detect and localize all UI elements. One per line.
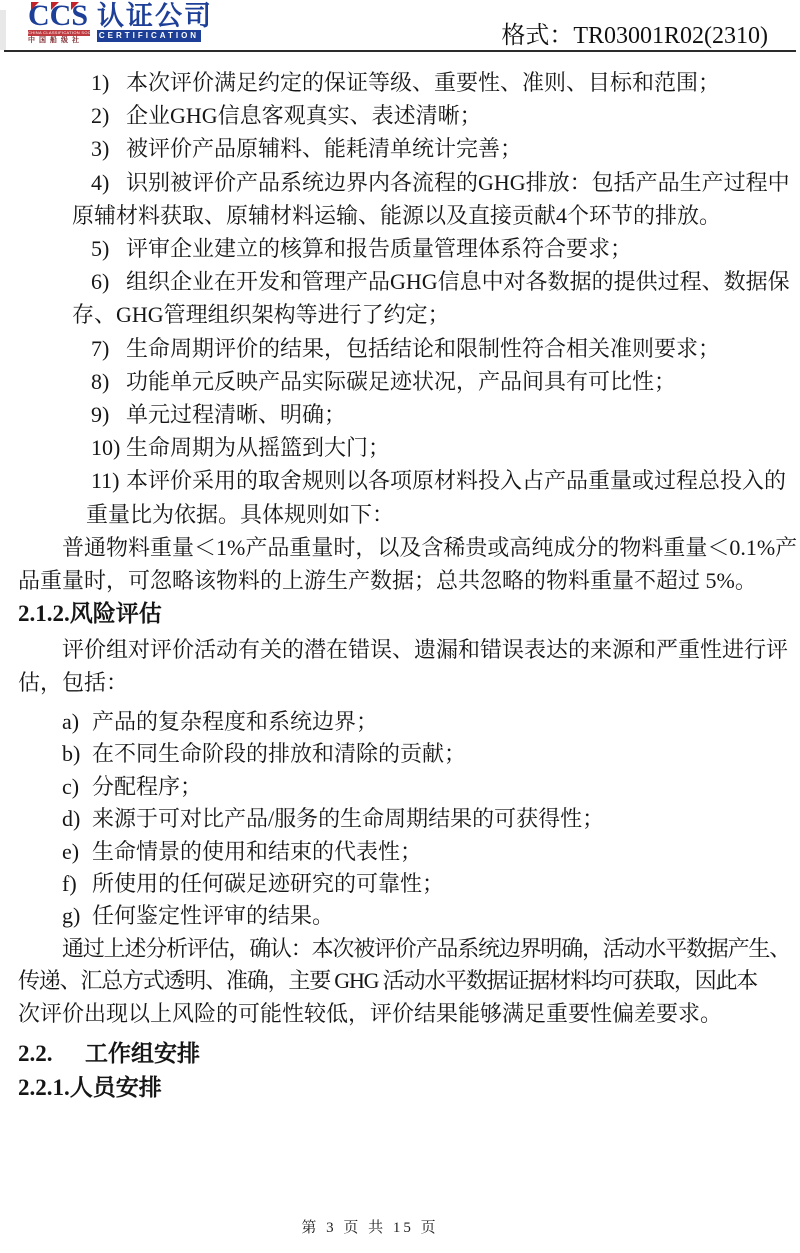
header-rule — [4, 50, 796, 52]
list-marker: a) — [62, 709, 92, 735]
list-marker: d) — [62, 806, 92, 832]
certification-bar: CERTIFICATION — [97, 30, 201, 42]
list-marker: 8) — [91, 369, 126, 395]
paragraph-line: 通过上述分析评估，确认：本次被评价产品系统边界明确，活动水平数据产生、 — [62, 936, 790, 962]
list-item-1: 1)本次评价满足约定的保证等级、重要性、准则、目标和范围； — [91, 70, 720, 96]
list-marker: 4) — [91, 170, 126, 196]
list-text: 原辅材料获取、原辅材料运输、能源以及直接贡献4个环节的排放。 — [72, 203, 721, 228]
list-marker: 6) — [91, 269, 126, 295]
list-text: 分配程序； — [92, 774, 202, 799]
heading-text: 2.1.2.风险评估 — [18, 601, 162, 626]
paragraph-text: 传递、汇总方式透明、准确，主要 GHG 活动水平数据证据材料均可获取，因此本 — [18, 968, 757, 993]
section-heading-2-2-1: 2.2.1.人员安排 — [18, 1075, 162, 1101]
list-marker: 2) — [91, 103, 126, 129]
paragraph-line: 估，包括： — [18, 670, 128, 696]
list-item-8: 8)功能单元反映产品实际碳足迹状况，产品间具有可比性； — [91, 369, 676, 395]
list-text: 评审企业建立的核算和报告质量管理体系符合要求； — [126, 236, 632, 261]
format-value: TR03001R02(2310) — [573, 23, 768, 49]
document-page: CCS CHINA CLASSIFICATION SOCIETY 中国船级社 认… — [0, 0, 800, 1253]
scan-edge-artifact — [0, 10, 6, 50]
list-item-b: b)在不同生命阶段的排放和清除的贡献； — [62, 741, 466, 767]
list-item-g: g)任何鉴定性评审的结果。 — [62, 903, 334, 929]
list-text: 本评价采用的取舍规则以各项原材料投入占产品重量或过程总投入的 — [126, 468, 786, 493]
page-number: 第 3 页 共 15 页 — [0, 1216, 740, 1237]
list-marker: 11) — [91, 468, 126, 494]
list-text: 存、GHG管理组织架构等进行了约定； — [72, 302, 450, 327]
list-marker: 9) — [91, 402, 126, 428]
list-item-5: 5)评审企业建立的核算和报告质量管理体系符合要求； — [91, 236, 632, 262]
list-marker: 7) — [91, 336, 126, 362]
paragraph-line: 品重量时，可忽略该物料的上游生产数据；总共忽略的物料重量不超过 5%。 — [18, 568, 757, 594]
list-item-f: f)所使用的任何碳足迹研究的可靠性； — [62, 871, 444, 897]
list-text: 生命情景的使用和结束的代表性； — [92, 839, 422, 864]
list-text: 重量比为依据。具体规则如下： — [86, 502, 394, 527]
paragraph-line: 次评价出现以上风险的可能性较低，评价结果能够满足重要性偏差要求。 — [18, 1001, 722, 1027]
list-item-11: 11)本评价采用的取舍规则以各项原材料投入占产品重量或过程总投入的 — [91, 468, 786, 494]
list-text: 来源于可对比产品/服务的生命周期结果的可获得性； — [92, 806, 604, 831]
format-code: 格式：TR03001R02(2310) — [501, 15, 768, 50]
list-marker: 3) — [91, 136, 126, 162]
list-text: 产品的复杂程度和系统边界； — [92, 709, 378, 734]
heading-text: 2.2.1.人员安排 — [18, 1075, 162, 1100]
list-item-11-continuation: 重量比为依据。具体规则如下： — [86, 502, 394, 528]
paragraph-text: 评价组对评价活动有关的潜在错误、遗漏和错误表达的来源和严重性进行评 — [62, 637, 788, 662]
list-text: 生命周期评价的结果，包括结论和限制性符合相关准则要求； — [126, 336, 720, 361]
list-item-10: 10)生命周期为从摇篮到大门； — [91, 435, 390, 461]
list-marker: f) — [62, 871, 92, 897]
list-item-4-continuation: 原辅材料获取、原辅材料运输、能源以及直接贡献4个环节的排放。 — [72, 203, 721, 229]
list-marker: c) — [62, 774, 92, 800]
list-marker: e) — [62, 839, 92, 865]
list-item-9: 9)单元过程清晰、明确； — [91, 402, 346, 428]
ccs-logo: CCS CHINA CLASSIFICATION SOCIETY 中国船级社 认… — [28, 3, 213, 43]
list-item-2: 2)企业GHG信息客观真实、表述清晰； — [91, 103, 482, 129]
format-label: 格式： — [501, 23, 573, 49]
list-marker: g) — [62, 903, 92, 929]
ccs-red-flag-icon — [51, 2, 59, 10]
list-marker: 1) — [91, 70, 126, 96]
list-marker: b) — [62, 741, 92, 767]
list-item-c: c)分配程序； — [62, 774, 202, 800]
heading-text: 工作组安排 — [85, 1041, 200, 1066]
certification-company-text: 认证公司 — [97, 3, 213, 29]
paragraph-line: 传递、汇总方式透明、准确，主要 GHG 活动水平数据证据材料均可获取，因此本 — [18, 968, 757, 994]
list-text: 任何鉴定性评审的结果。 — [92, 903, 334, 928]
list-text: 在不同生命阶段的排放和清除的贡献； — [92, 741, 466, 766]
list-text: 所使用的任何碳足迹研究的可靠性； — [92, 871, 444, 896]
paragraph-text: 次评价出现以上风险的可能性较低，评价结果能够满足重要性偏差要求。 — [18, 1001, 722, 1026]
list-marker: 10) — [91, 435, 126, 461]
paragraph-line: 普通物料重量＜1%产品重量时，以及含稀贵或高纯成分的物料重量＜0.1%产 — [62, 535, 797, 561]
list-text: 组织企业在开发和管理产品GHG信息中对各数据的提供过程、数据保 — [126, 269, 790, 294]
ccs-chinese-name: 中国船级社 — [28, 37, 90, 44]
list-text: 本次评价满足约定的保证等级、重要性、准则、目标和范围； — [126, 70, 720, 95]
ccs-red-flag-icon — [71, 2, 79, 10]
list-text: 生命周期为从摇篮到大门； — [126, 435, 390, 460]
ccs-logo-left: CCS CHINA CLASSIFICATION SOCIETY 中国船级社 — [28, 3, 90, 44]
list-item-4: 4)识别被评价产品系统边界内各流程的GHG排放：包括产品生产过程中 — [91, 170, 790, 196]
list-text: 被评价产品原辅料、能耗清单统计完善； — [126, 136, 522, 161]
paragraph-text: 估，包括： — [18, 670, 128, 695]
list-item-7: 7)生命周期评价的结果，包括结论和限制性符合相关准则要求； — [91, 336, 720, 362]
section-heading-2-2: 2.2.工作组安排 — [18, 1041, 200, 1067]
section-heading-2-1-2: 2.1.2.风险评估 — [18, 601, 162, 627]
paragraph-text: 通过上述分析评估，确认：本次被评价产品系统边界明确，活动水平数据产生、 — [62, 936, 790, 961]
list-item-3: 3)被评价产品原辅料、能耗清单统计完善； — [91, 136, 522, 162]
paragraph-line: 评价组对评价活动有关的潜在错误、遗漏和错误表达的来源和严重性进行评 — [62, 637, 788, 663]
heading-number: 2.2. — [18, 1041, 85, 1067]
list-text: 企业GHG信息客观真实、表述清晰； — [126, 103, 482, 128]
list-item-6: 6)组织企业在开发和管理产品GHG信息中对各数据的提供过程、数据保 — [91, 269, 790, 295]
list-item-d: d)来源于可对比产品/服务的生命周期结果的可获得性； — [62, 806, 604, 832]
ccs-red-flag-icon — [31, 2, 39, 10]
list-marker: 5) — [91, 236, 126, 262]
list-item-a: a)产品的复杂程度和系统边界； — [62, 709, 378, 735]
paragraph-text: 品重量时，可忽略该物料的上游生产数据；总共忽略的物料重量不超过 5%。 — [18, 568, 757, 593]
list-item-e: e)生命情景的使用和结束的代表性； — [62, 839, 422, 865]
paragraph-text: 普通物料重量＜1%产品重量时，以及含稀贵或高纯成分的物料重量＜0.1%产 — [62, 535, 797, 560]
list-item-6-continuation: 存、GHG管理组织架构等进行了约定； — [72, 302, 450, 328]
list-text: 功能单元反映产品实际碳足迹状况，产品间具有可比性； — [126, 369, 676, 394]
list-text: 识别被评价产品系统边界内各流程的GHG排放：包括产品生产过程中 — [126, 170, 790, 195]
list-text: 单元过程清晰、明确； — [126, 402, 346, 427]
ccs-logo-right: 认证公司 CERTIFICATION — [97, 3, 213, 42]
